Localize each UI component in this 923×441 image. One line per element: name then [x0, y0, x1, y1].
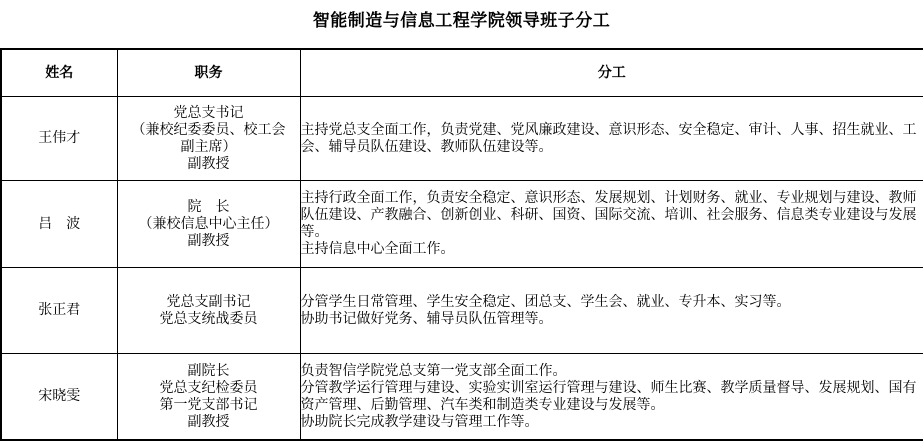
table-row: 吕 波 院 长 （兼校信息中心主任） 副教授 主持行政全面工作，负责安全稳定、意… — [1, 181, 923, 268]
position-line: 党总支纪检委员 — [118, 380, 300, 397]
position-line: （兼校纪委委员、校工会 — [118, 122, 300, 139]
position-cell: 副院长 党总支纪检委员 第一党支部书记 副教授 — [117, 354, 300, 441]
duty-line: 协助书记做好党务、辅导员队伍管理等。 — [301, 311, 923, 328]
duty-line: 主持信息中心全面工作。 — [301, 241, 923, 258]
position-line: 副教授 — [118, 233, 300, 250]
position-line: 第一党支部书记 — [118, 397, 300, 414]
duty-line: 负责智信学院党总支第一党支部全面工作。 — [301, 363, 923, 380]
header-name: 姓名 — [1, 49, 117, 97]
position-cell: 党总支副书记 党总支统战委员 — [117, 268, 300, 354]
position-line: 副教授 — [118, 414, 300, 431]
duties-cell: 主持行政全面工作，负责安全稳定、意识形态、发展规划、计划财务、就业、专业规划与建… — [300, 181, 923, 268]
name-cell: 王伟才 — [1, 97, 117, 181]
header-duties: 分工 — [300, 49, 923, 97]
position-line: 党总支书记 — [118, 105, 300, 122]
position-line: 党总支统战委员 — [118, 311, 300, 328]
header-position: 职务 — [117, 49, 300, 97]
duty-line: 分管教学运行管理与建设、实验实训室运行管理与建设、师生比赛、教学质量督导、发展规… — [301, 380, 923, 414]
duties-cell: 主持党总支全面工作，负责党建、党风廉政建设、意识形态、安全稳定、审计、人事、招生… — [300, 97, 923, 181]
position-line: 副主席） — [118, 139, 300, 156]
duty-line: 主持党总支全面工作，负责党建、党风廉政建设、意识形态、安全稳定、审计、人事、招生… — [301, 122, 923, 156]
position-line: 院 长 — [118, 199, 300, 216]
leadership-duty-table: 姓名 职务 分工 王伟才 党总支书记 （兼校纪委委员、校工会 副主席） 副教授 … — [0, 48, 923, 441]
duty-line: 分管学生日常管理、学生安全稳定、团总支、学生会、就业、专升本、实习等。 — [301, 294, 923, 311]
position-line: 副院长 — [118, 363, 300, 380]
table-row: 张正君 党总支副书记 党总支统战委员 分管学生日常管理、学生安全稳定、团总支、学… — [1, 268, 923, 354]
position-line: （兼校信息中心主任） — [118, 216, 300, 233]
document-title: 智能制造与信息工程学院领导班子分工 — [0, 10, 923, 32]
table-header-row: 姓名 职务 分工 — [1, 49, 923, 97]
table-row: 王伟才 党总支书记 （兼校纪委委员、校工会 副主席） 副教授 主持党总支全面工作… — [1, 97, 923, 181]
duty-line: 主持行政全面工作，负责安全稳定、意识形态、发展规划、计划财务、就业、专业规划与建… — [301, 190, 923, 241]
duty-line: 协助院长完成教学建设与管理工作等。 — [301, 414, 923, 431]
name-cell: 张正君 — [1, 268, 117, 354]
position-cell: 党总支书记 （兼校纪委委员、校工会 副主席） 副教授 — [117, 97, 300, 181]
position-line: 副教授 — [118, 156, 300, 173]
duties-cell: 分管学生日常管理、学生安全稳定、团总支、学生会、就业、专升本、实习等。 协助书记… — [300, 268, 923, 354]
position-line: 党总支副书记 — [118, 294, 300, 311]
name-cell: 宋晓雯 — [1, 354, 117, 441]
table-row: 宋晓雯 副院长 党总支纪检委员 第一党支部书记 副教授 负责智信学院党总支第一党… — [1, 354, 923, 441]
name-cell: 吕 波 — [1, 181, 117, 268]
position-cell: 院 长 （兼校信息中心主任） 副教授 — [117, 181, 300, 268]
duties-cell: 负责智信学院党总支第一党支部全面工作。 分管教学运行管理与建设、实验实训室运行管… — [300, 354, 923, 441]
